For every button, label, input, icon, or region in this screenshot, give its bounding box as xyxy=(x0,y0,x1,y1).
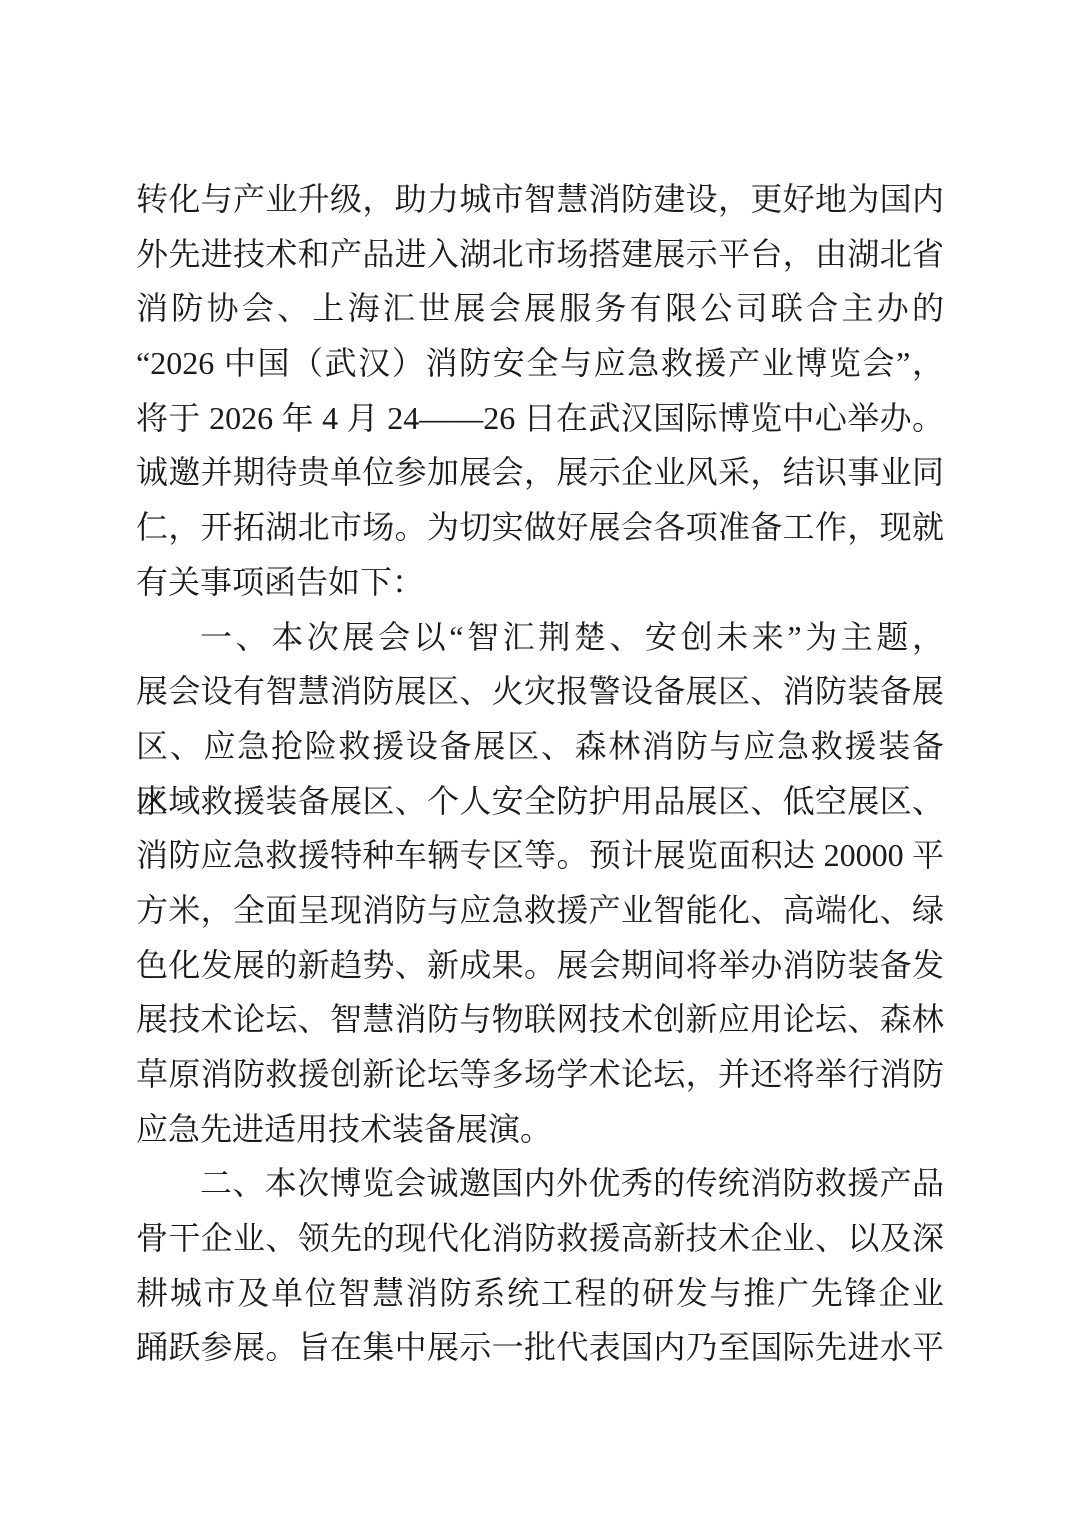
text-line: 仁，开拓湖北市场。为切实做好展会各项准备工作，现就 xyxy=(136,500,944,555)
text-line: 色化发展的新趋势、新成果。展会期间将举办消防装备发 xyxy=(136,938,944,993)
text-line: 将于 2026 年 4 月 24——26 日在武汉国际博览中心举办。 xyxy=(136,391,944,446)
text-line: 消防应急救援特种车辆专区等。预计展览面积达 20000 平 xyxy=(136,828,944,883)
text-line: 骨干企业、领先的现代化消防救援高新技术企业、以及深 xyxy=(136,1211,944,1266)
text-line: 诚邀并期待贵单位参加展会，展示企业风采，结识事业同 xyxy=(136,445,944,500)
text-line: 转化与产业升级，助力城市智慧消防建设，更好地为国内 xyxy=(136,172,944,227)
text-line: 消防协会、上海汇世展会展服务有限公司联合主办的 xyxy=(136,281,944,336)
text-line: “2026 中国（武汉）消防安全与应急救援产业博览会”， xyxy=(136,336,944,391)
letter-body: 转化与产业升级，助力城市智慧消防建设，更好地为国内 外先进技术和产品进入湖北市场… xyxy=(136,172,944,1375)
text-line: 展会设有智慧消防展区、火灾报警设备展区、消防装备展 xyxy=(136,664,944,719)
text-line: 展技术论坛、智慧消防与物联网技术创新应用论坛、森林 xyxy=(136,992,944,1047)
document-page: 转化与产业升级，助力城市智慧消防建设，更好地为国内 外先进技术和产品进入湖北市场… xyxy=(0,0,1080,1527)
text-line: 踊跃参展。旨在集中展示一批代表国内乃至国际先进水平 xyxy=(136,1320,944,1375)
text-line: 应急先进适用技术装备展演。 xyxy=(136,1102,944,1157)
text-line: 方米，全面呈现消防与应急救援产业智能化、高端化、绿 xyxy=(136,883,944,938)
text-line: 水域救援装备展区、个人安全防护用品展区、低空展区、 xyxy=(136,774,944,829)
text-line: 外先进技术和产品进入湖北市场搭建展示平台，由湖北省 xyxy=(136,227,944,282)
text-line-section-2-heading: 二、本次博览会诚邀国内外优秀的传统消防救援产品 xyxy=(136,1156,944,1211)
text-line-section-1-heading: 一、本次展会以“智汇荆楚、安创未来”为主题， xyxy=(136,610,944,665)
text-line: 草原消防救援创新论坛等多场学术论坛，并还将举行消防 xyxy=(136,1047,944,1102)
text-line: 耕城市及单位智慧消防系统工程的研发与推广先锋企业 xyxy=(136,1266,944,1321)
text-line: 有关事项函告如下： xyxy=(136,555,944,610)
text-line: 区、应急抢险救援设备展区、森林消防与应急救援装备区、 xyxy=(136,719,944,774)
